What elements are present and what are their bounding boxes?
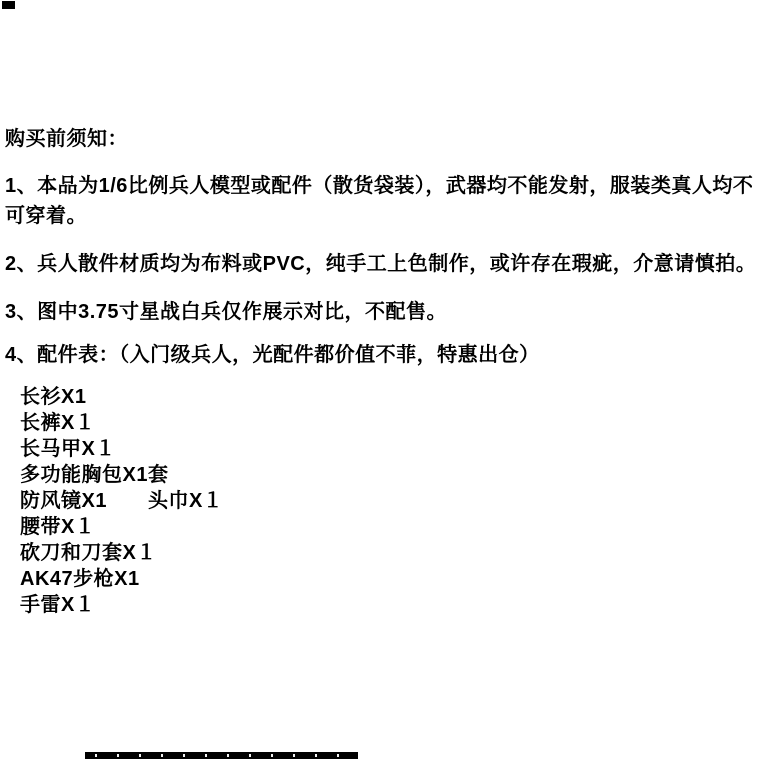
page-title: 购买前须知：	[5, 127, 757, 151]
accessory-item: 砍刀和刀套X１	[20, 540, 757, 566]
paragraph-line: 1、本品为1/6比例兵人模型或配件（散货袋装），武器均不能发射，服装类真人均不	[5, 171, 757, 201]
notice-paragraph-3: 3、图中3.75寸星战白兵仅作展示对比，不配售。	[5, 297, 757, 327]
paragraph-line: 可穿着。	[5, 201, 757, 231]
paragraph-line: 4、配件表：（入门级兵人，光配件都价值不菲，特惠出仓）	[5, 340, 757, 370]
bottom-banner-strip	[85, 752, 358, 759]
notice-paragraph-1: 1、本品为1/6比例兵人模型或配件（散货袋装），武器均不能发射，服装类真人均不 …	[5, 171, 757, 231]
accessory-item: 长衫X1	[20, 384, 757, 410]
product-notice-page: 购买前须知： 1、本品为1/6比例兵人模型或配件（散货袋装），武器均不能发射，服…	[0, 0, 759, 759]
accessory-item: 多功能胸包X1套	[20, 462, 757, 488]
accessory-item: 长马甲X１	[20, 436, 757, 462]
notice-content: 购买前须知： 1、本品为1/6比例兵人模型或配件（散货袋装），武器均不能发射，服…	[5, 127, 757, 618]
accessory-item: AK47步枪X1	[20, 566, 757, 592]
accessory-list: 长衫X1 长裤X１ 长马甲X１ 多功能胸包X1套 防风镜X1 头巾X１ 腰带X１…	[20, 384, 757, 618]
banner-text-fragments	[95, 754, 348, 757]
paragraph-line: 3、图中3.75寸星战白兵仅作展示对比，不配售。	[5, 297, 757, 327]
notice-paragraph-4: 4、配件表：（入门级兵人，光配件都价值不菲，特惠出仓）	[5, 340, 757, 370]
accessory-item: 长裤X１	[20, 410, 757, 436]
corner-mark	[2, 1, 15, 9]
accessory-item: 腰带X１	[20, 514, 757, 540]
accessory-item: 防风镜X1 头巾X１	[20, 488, 757, 514]
accessory-item: 手雷X１	[20, 592, 757, 618]
notice-paragraph-2: 2、兵人散件材质均为布料或PVC，纯手工上色制作，或许存在瑕疵，介意请慎拍。	[5, 249, 757, 279]
paragraph-line: 2、兵人散件材质均为布料或PVC，纯手工上色制作，或许存在瑕疵，介意请慎拍。	[5, 249, 757, 279]
